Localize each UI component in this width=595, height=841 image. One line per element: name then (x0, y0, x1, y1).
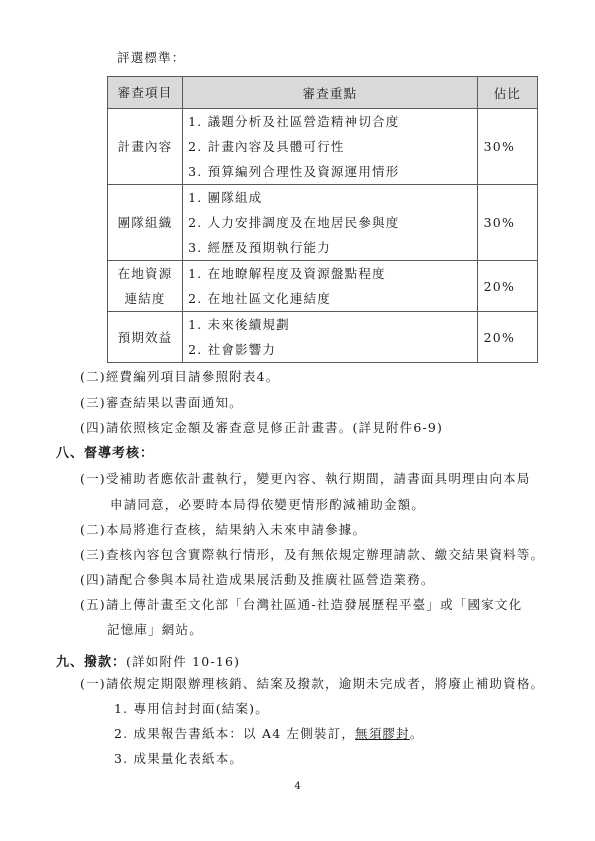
section9-heading-line: 九、撥款：(詳如附件 10-16) (56, 651, 240, 671)
row-weight: 30% (477, 109, 537, 185)
point: 1. 議題分析及社區營造精神切合度 (188, 109, 477, 134)
point: 1. 在地瞭解程度及資源盤點程度 (188, 261, 477, 286)
table-row: 預期效益 1. 未來後續規劃 2. 社會影響力 20% (108, 312, 538, 363)
row-item: 在地資源 連結度 (108, 261, 183, 312)
table-row: 團隊組織 1. 團隊組成 2. 人力安排調度及在地居民參與度 3. 經歷及預期執… (108, 185, 538, 261)
header-points: 審查重點 (183, 77, 478, 109)
sec8-item-5-cont: 記憶庫」網站。 (107, 622, 203, 638)
point: 3. 預算編列合理性及資源運用情形 (188, 159, 477, 184)
sec8-item-5: (五)請上傳計畫至文化部「台灣社區通-社造發展歷程平臺」或「國家文化 (80, 597, 522, 613)
point: 2. 人力安排調度及在地居民參與度 (188, 210, 477, 235)
subitem-text: 。 (410, 726, 424, 741)
point: 2. 在地社區文化連結度 (188, 286, 477, 311)
criteria-title: 評選標準： (117, 50, 186, 66)
point: 2. 計畫內容及具體可行性 (188, 134, 477, 159)
sec8-item-2: (二)本局將進行查核，結果納入未來申請參據。 (80, 522, 366, 538)
table-header-row: 審查項目 審查重點 佔比 (108, 77, 538, 109)
row-item: 計畫內容 (108, 109, 183, 185)
sec8-item-3: (三)查核內容包含實際執行情形，及有無依規定辦理請款、繳交結果資料等。 (80, 547, 544, 563)
criteria-table: 審查項目 審查重點 佔比 計畫內容 1. 議題分析及社區營造精神切合度 2. 計… (107, 76, 538, 363)
sec7-item-4: (四)請依照核定金額及審查意見修正計畫書。(詳見附件6-9) (80, 420, 443, 436)
sec8-item-1: (一)受補助者應依計畫執行，變更內容、執行期間，請書面具明理由向本局 (80, 471, 531, 487)
underlined-text: 無須膠封 (355, 726, 410, 741)
sec7-item-3: (三)審查結果以書面通知。 (80, 395, 243, 411)
sec9-subitem-1: 1. 專用信封封面(結案)。 (114, 701, 269, 717)
sec9-subitem-3: 3. 成果量化表紙本。 (114, 751, 243, 767)
point: 1. 團隊組成 (188, 185, 477, 210)
row-points: 1. 團隊組成 2. 人力安排調度及在地居民參與度 3. 經歷及預期執行能力 (183, 185, 478, 261)
row-points: 1. 在地瞭解程度及資源盤點程度 2. 在地社區文化連結度 (183, 261, 478, 312)
row-weight: 20% (477, 312, 537, 363)
sec9-item-1: (一)請依規定期限辦理核銷、結案及撥款，逾期未完成者，將廢止補助資格。 (80, 676, 544, 692)
table-row: 在地資源 連結度 1. 在地瞭解程度及資源盤點程度 2. 在地社區文化連結度 2… (108, 261, 538, 312)
row-item: 預期效益 (108, 312, 183, 363)
sec8-item-4: (四)請配合參與本局社造成果展活動及推廣社區營造業務。 (80, 572, 435, 588)
row-item-line: 連結度 (108, 286, 182, 311)
subitem-text: 2. 成果報告書紙本：以 A4 左側裝訂， (114, 726, 355, 741)
section9-note: (詳如附件 10-16) (126, 654, 240, 669)
point: 2. 社會影響力 (188, 337, 477, 362)
sec8-item-1-cont: 申請同意，必要時本局得依變更情形酌減補助金額。 (110, 497, 425, 513)
section9-heading: 九、撥款： (56, 655, 126, 670)
point: 3. 經歷及預期執行能力 (188, 235, 477, 260)
row-weight: 20% (477, 261, 537, 312)
page-number: 4 (0, 781, 595, 792)
row-points: 1. 未來後續規劃 2. 社會影響力 (183, 312, 478, 363)
header-weight: 佔比 (477, 77, 537, 109)
header-item: 審查項目 (108, 77, 183, 109)
section8-heading: 八、督導考核： (56, 446, 154, 462)
row-weight: 30% (477, 185, 537, 261)
row-item-line: 在地資源 (108, 261, 182, 286)
point: 1. 未來後續規劃 (188, 312, 477, 337)
table-row: 計畫內容 1. 議題分析及社區營造精神切合度 2. 計畫內容及具體可行性 3. … (108, 109, 538, 185)
sec7-item-2: (二)經費編列項目請參照附表4。 (80, 369, 279, 385)
sec9-subitem-2: 2. 成果報告書紙本：以 A4 左側裝訂，無須膠封。 (114, 726, 424, 742)
row-item: 團隊組織 (108, 185, 183, 261)
row-points: 1. 議題分析及社區營造精神切合度 2. 計畫內容及具體可行性 3. 預算編列合… (183, 109, 478, 185)
